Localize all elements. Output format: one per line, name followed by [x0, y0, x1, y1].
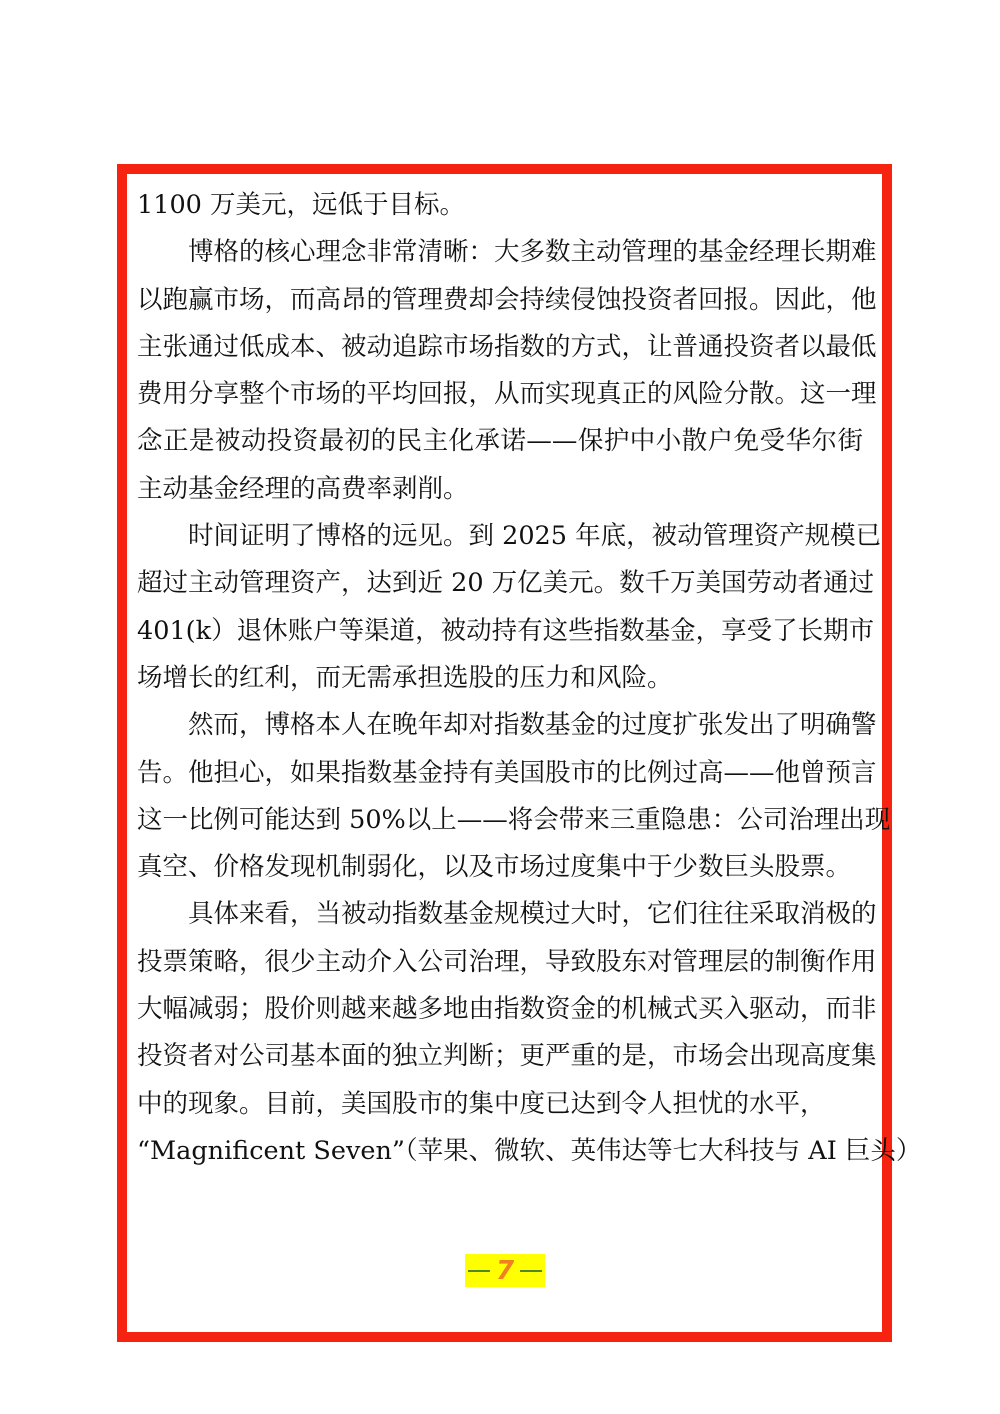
- text-line: 主张通过低成本、被动追踪市场指数的方式，让普通投资者以最低: [137, 324, 863, 371]
- text-line: 时间证明了博格的远见。到 2025 年底，被动管理资产规模已: [137, 513, 863, 560]
- dash-left-decoration: [468, 1270, 490, 1272]
- page-number-badge: 7: [465, 1254, 545, 1287]
- text-line: 投资者对公司基本面的独立判断；更严重的是，市场会出现高度集: [137, 1033, 863, 1080]
- text-line: 具体来看，当被动指数基金规模过大时，它们往往采取消极的: [137, 891, 863, 938]
- text-line: 超过主动管理资产，达到近 20 万亿美元。数千万美国劳动者通过: [137, 560, 863, 607]
- page-number: 7: [496, 1256, 514, 1286]
- text-line: 告。他担心，如果指数基金持有美国股市的比例过高——他曾预言: [137, 750, 863, 797]
- text-line: 1100 万美元，远低于目标。: [137, 182, 863, 229]
- text-line: 然而，博格本人在晚年却对指数基金的过度扩张发出了明确警: [137, 702, 863, 749]
- text-line: 主动基金经理的高费率剥削。: [137, 466, 863, 513]
- text-line: 中的现象。目前，美国股市的集中度已达到令人担忧的水平，: [137, 1081, 863, 1128]
- text-line: 费用分享整个市场的平均回报，从而实现真正的风险分散。这一理: [137, 371, 863, 418]
- text-line: 念正是被动投资最初的民主化承诺——保护中小散户免受华尔街: [137, 418, 863, 465]
- body-text: 1100 万美元，远低于目标。 博格的核心理念非常清晰：大多数主动管理的基金经理…: [137, 182, 863, 1175]
- text-line: 投票策略，很少主动介入公司治理，导致股东对管理层的制衡作用: [137, 939, 863, 986]
- text-line: “Magnificent Seven”（苹果、微软、英伟达等七大科技与 AI 巨…: [137, 1128, 863, 1175]
- text-line: 场增长的红利，而无需承担选股的压力和风险。: [137, 655, 863, 702]
- text-line: 博格的核心理念非常清晰：大多数主动管理的基金经理长期难: [137, 229, 863, 276]
- text-line: 大幅减弱；股价则越来越多地由指数资金的机械式买入驱动，而非: [137, 986, 863, 1033]
- text-line: 401(k）退休账户等渠道，被动持有这些指数基金，享受了长期市: [137, 608, 863, 655]
- text-line: 真空、价格发现机制弱化，以及市场过度集中于少数巨头股票。: [137, 844, 863, 891]
- text-line: 这一比例可能达到 50%以上——将会带来三重隐患：公司治理出现: [137, 797, 863, 844]
- dash-right-decoration: [520, 1270, 542, 1272]
- text-line: 以跑赢市场，而高昂的管理费却会持续侵蚀投资者回报。因此，他: [137, 277, 863, 324]
